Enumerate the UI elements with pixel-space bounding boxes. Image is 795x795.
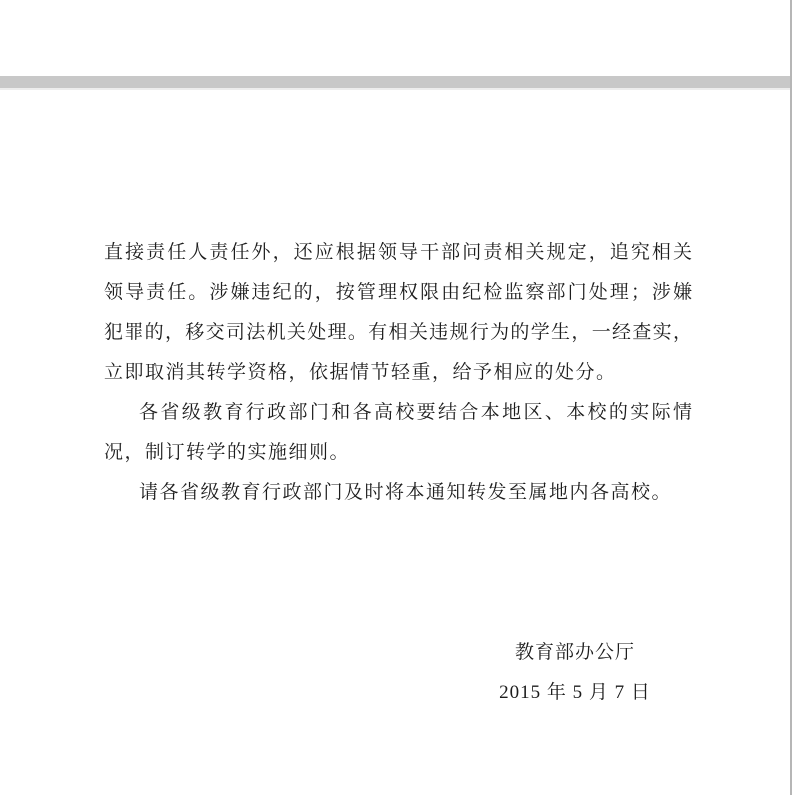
signature-gap — [104, 513, 692, 633]
text-line: 况，制订转学的实施细则。 — [104, 433, 692, 473]
text-line: 各省级教育行政部门和各高校要结合本地区、本校的实际情 — [104, 393, 692, 433]
signature-date: 2015 年 5 月 7 日 — [460, 673, 690, 713]
document-page: 直接责任人责任外，还应根据领导干部问责相关规定，追究相关 领导责任。涉嫌违纪的，… — [104, 233, 692, 713]
text-line: 直接责任人责任外，还应根据领导干部问责相关规定，追究相关 — [104, 233, 692, 273]
text-line: 请各省级教育行政部门及时将本通知转发至属地内各高校。 — [104, 473, 692, 513]
text-line: 立即取消其转学资格，依据情节轻重，给予相应的处分。 — [104, 353, 692, 393]
text-line: 犯罪的，移交司法机关处理。有相关违规行为的学生，一经查实， — [104, 313, 692, 353]
page-right-edge-line — [790, 0, 792, 795]
page-divider-shadow — [0, 88, 791, 90]
signature-block: 教育部办公厅 2015 年 5 月 7 日 — [460, 633, 690, 713]
signature-issuer: 教育部办公厅 — [460, 633, 690, 673]
text-line: 领导责任。涉嫌违纪的，按管理权限由纪检监察部门处理；涉嫌 — [104, 273, 692, 313]
page-divider-bar — [0, 76, 791, 88]
